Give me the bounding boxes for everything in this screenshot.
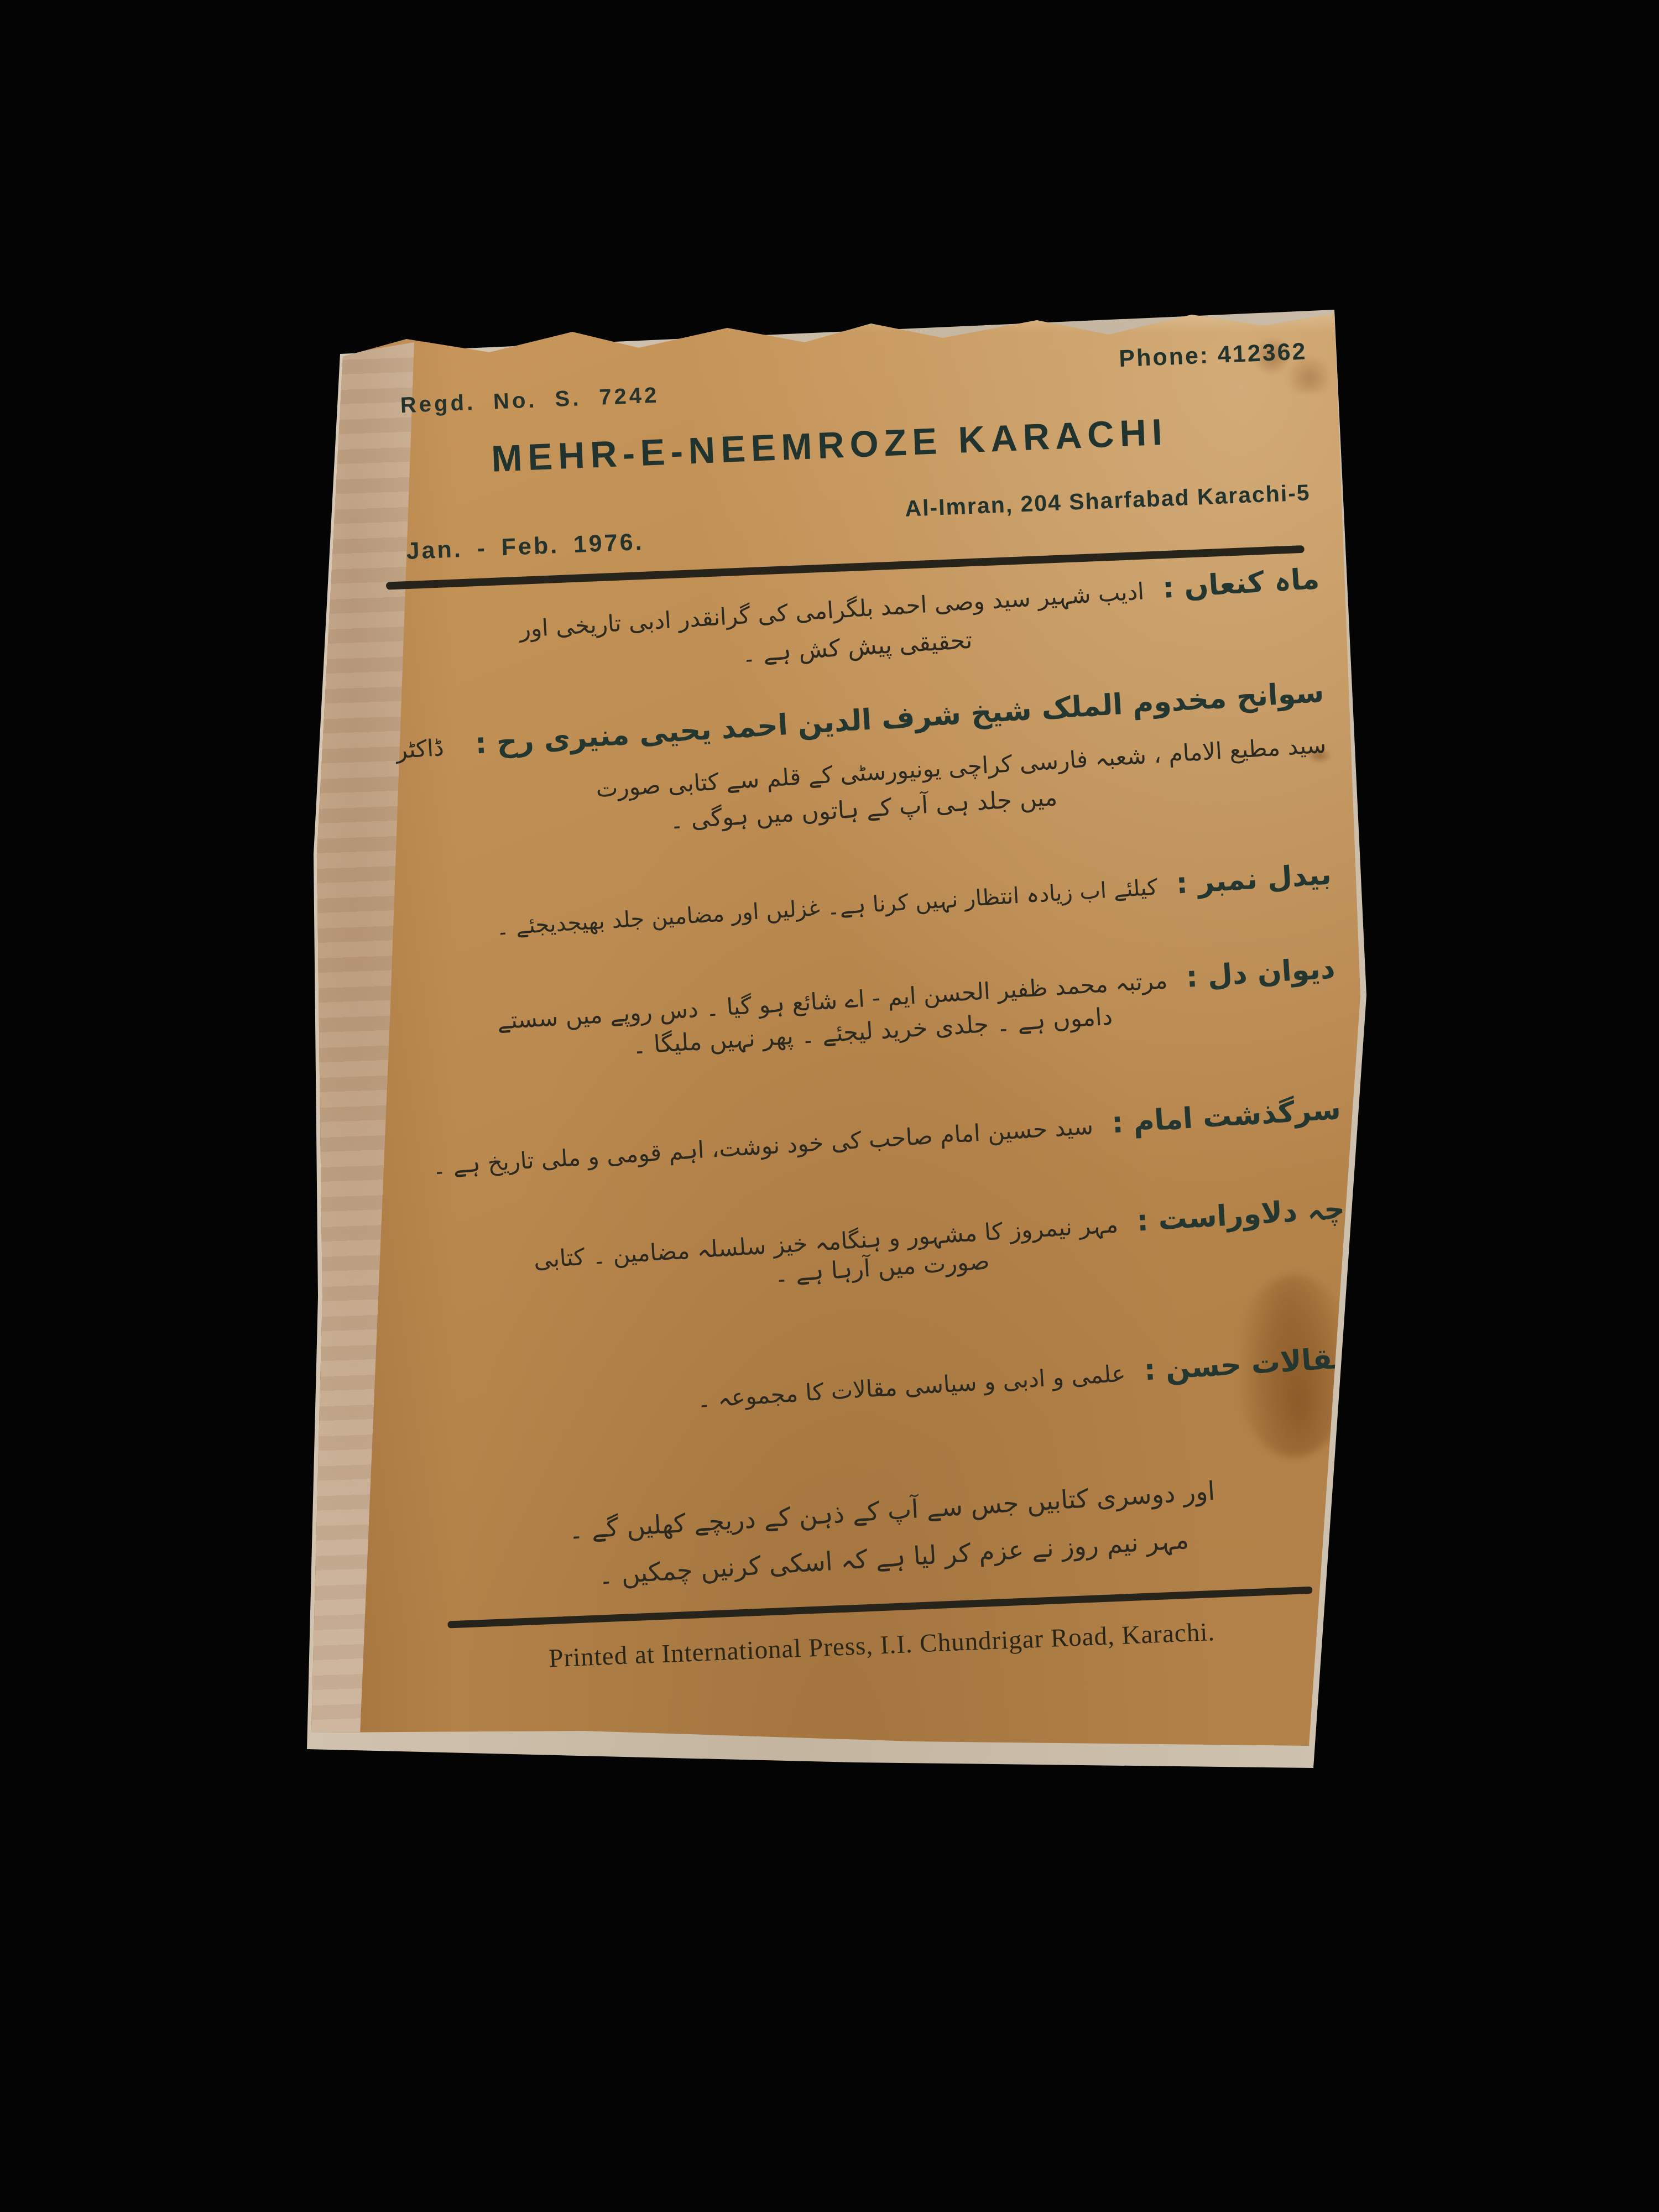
registration-number: Regd. No. S. 7242 [399, 364, 660, 418]
publisher-address: Al-Imran, 204 Sharfabad Karachi-5 [905, 479, 1311, 521]
section-heading: مقالات حسن : [1143, 1342, 1352, 1387]
urdu-line: سرگذشت امام : سید حسین امام صاحب کی خود … [412, 1093, 1342, 1183]
urdu-section: سوانح مخدوم الملک شیخ شرف الدین احمد یحی… [394, 676, 1324, 746]
issue-date: Jan. - Feb. 1976. [405, 507, 644, 565]
section-text: علمی و ادبی و سیاسی مقالات کا مجموعہ ۔ [696, 1360, 1126, 1413]
urdu-line: مقالات حسن : علمی و ادبی و سیاسی مقالات … [422, 1342, 1352, 1432]
section-text: ڈاکٹر [395, 734, 445, 764]
urdu-line: بیدل نمبر : کیلئے اب زیادہ انتظار نہیں ک… [403, 858, 1333, 948]
magazine-back-cover: Regd. No. S. 7242 Phone: 412362 MEHR-E-N… [307, 301, 1369, 1761]
section-heading: دیوان دل : [1185, 952, 1336, 994]
section-text: کیلئے اب زیادہ انتظار نہیں کرنا ہے۔ غزلی… [495, 875, 1159, 941]
masthead-title: MEHR-E-NEEMROZE KARACHI [377, 406, 1282, 485]
section-heading: بیدل نمبر : [1175, 858, 1332, 900]
cover-content: Regd. No. S. 7242 Phone: 412362 MEHR-E-N… [373, 314, 1371, 1749]
section-text: سید حسین امام صاحب کی خود نوشت، اہم قومی… [431, 1112, 1094, 1180]
urdu-section: سرگذشت امام : سید حسین امام صاحب کی خود … [411, 1093, 1342, 1163]
header-row-top: Regd. No. S. 7242 Phone: 412362 [399, 338, 1308, 418]
photo-background: Regd. No. S. 7242 Phone: 412362 MEHR-E-N… [0, 0, 1659, 2212]
urdu-section: مقالات حسن : علمی و ادبی و سیاسی مقالات … [421, 1342, 1352, 1412]
urdu-section: بیدل نمبر : کیلئے اب زیادہ انتظار نہیں ک… [402, 858, 1332, 928]
section-heading: سرگذشت امام : [1111, 1093, 1342, 1140]
phone-number: Phone: 412362 [1119, 338, 1308, 373]
section-heading: ماہ کنعاں : [1162, 562, 1321, 605]
